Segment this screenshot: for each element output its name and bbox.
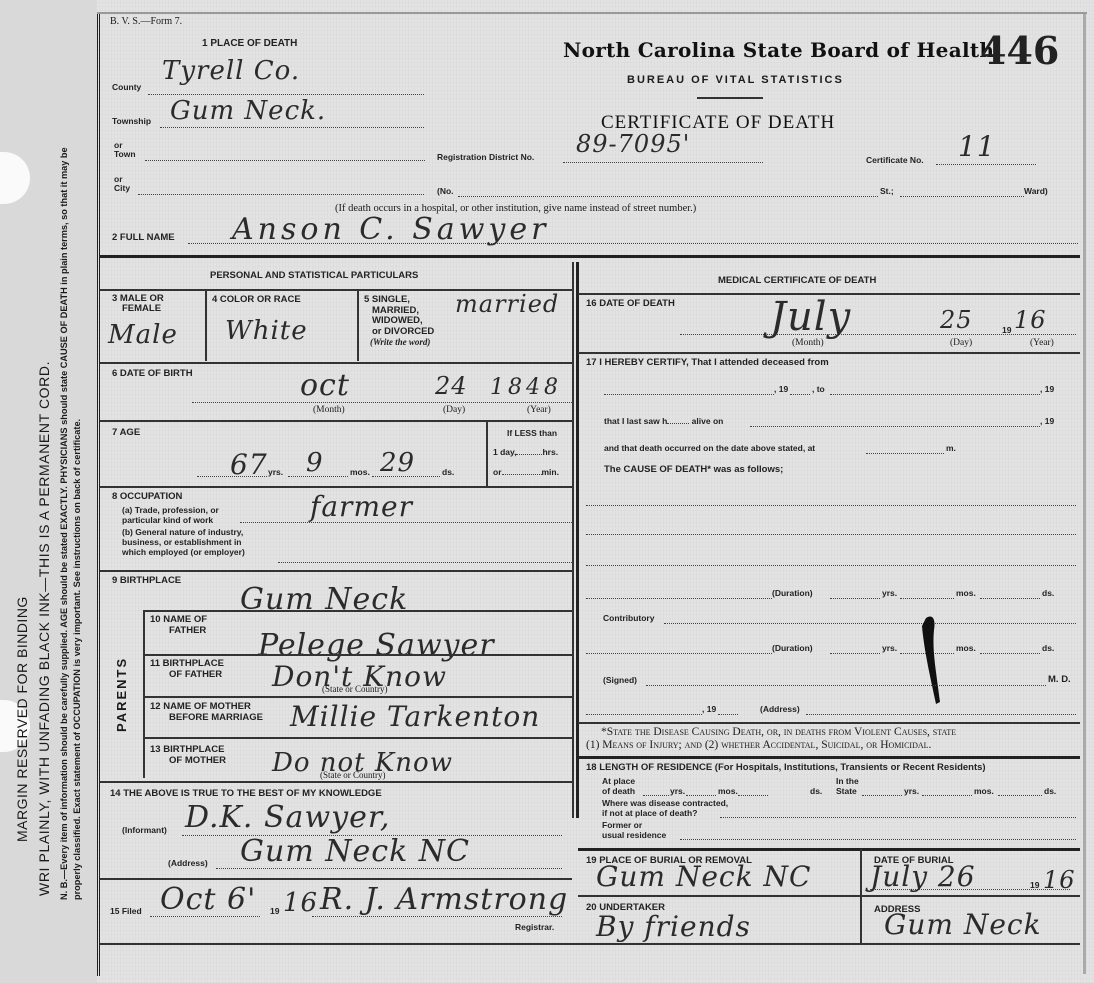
duration-label: (Duration) [772, 643, 813, 653]
informant-label: (Informant) [122, 825, 167, 835]
township-value: Gum Neck. [170, 96, 326, 126]
contributory-line [664, 623, 1076, 624]
marital-label-1: 5 SINGLE, [364, 295, 434, 306]
dod-year-prefix: 19 [1002, 325, 1011, 335]
state-mos-line [922, 795, 972, 796]
row-divider [100, 943, 580, 945]
age-label: 7 AGE [112, 427, 140, 438]
death-time-line [866, 453, 944, 454]
death-occurred-label: and that death occurred on the date abov… [604, 443, 815, 453]
yrs-label: yrs. [268, 467, 283, 477]
marital-label-5: (Write the word) [364, 337, 434, 348]
section-divider [578, 756, 1080, 759]
dob-day: 24 [435, 372, 468, 400]
day-caption: (Day) [443, 405, 465, 415]
father-bp-label-1: 11 BIRTHPLACE [150, 658, 224, 669]
cell-divider [357, 289, 359, 361]
or-text: or [493, 467, 502, 477]
father-name-value: Pelege Sawyer [258, 628, 495, 663]
row-divider [100, 486, 572, 488]
contributory-label: Contributory [603, 613, 654, 623]
row-divider [100, 878, 572, 880]
place-ds-line [738, 795, 768, 796]
dod-line [680, 334, 1076, 335]
city-text: City [114, 184, 130, 193]
dob-year: 1848 [490, 375, 562, 400]
sig-year-line [718, 714, 738, 715]
residence-label: 18 LENGTH OF RESIDENCE (For Hospitals, I… [586, 762, 986, 773]
to-label: , to [812, 384, 825, 394]
street-label: St.; [880, 186, 894, 196]
address-label: (Address) [168, 858, 208, 868]
dob-month: oct [300, 368, 350, 403]
duration-mos-label: mos. [956, 588, 976, 598]
birthplace-label: 9 BIRTHPLACE [112, 575, 181, 586]
birthplace-value: Gum Neck [240, 582, 408, 617]
certificate-no-label: Certificate No. [866, 155, 924, 165]
medical-section-title: MEDICAL CERTIFICATE OF DEATH [718, 275, 876, 286]
column-divider [572, 262, 574, 818]
contracted-2: if not at place of death? [602, 808, 728, 818]
place-yrs-label: yrs. [670, 786, 685, 796]
filed-label: 15 Filed [110, 906, 142, 916]
race-value: White [225, 316, 308, 346]
or-min-label: ormin. [493, 467, 559, 477]
city-label: or City [114, 175, 130, 193]
alive-on-text: alive on [692, 416, 724, 426]
duration-ds-line [980, 653, 1040, 654]
former-residence-line [680, 839, 1076, 840]
divider [697, 97, 763, 99]
street-line [458, 196, 878, 197]
marital-value: married [455, 290, 559, 318]
duration-yrs-line [830, 598, 880, 599]
month-caption: (Month) [313, 405, 345, 415]
dod-year-caption: (Year) [1030, 338, 1054, 348]
father-birthplace-label: 11 BIRTHPLACE OF FATHER [150, 658, 224, 680]
full-name-label: 2 FULL NAME [112, 232, 175, 243]
sig-date-line [586, 714, 702, 715]
father-bp-label-2: OF FATHER [150, 669, 224, 680]
burial-date-value: July 26 [870, 860, 976, 893]
binding-note: MARGIN RESERVED FOR BINDING [14, 596, 30, 842]
dod-day-caption: (Day) [950, 338, 972, 348]
town-label: or Town [114, 141, 136, 159]
filed-year-prefix: 19 [270, 906, 279, 916]
county-value: Tyrell Co. [162, 56, 300, 86]
personal-section-title: PERSONAL AND STATISTICAL PARTICULARS [210, 270, 418, 281]
reg-district-label: Registration District No. [437, 152, 534, 162]
age-months: 9 [306, 448, 324, 478]
father-name-label-2: FATHER [150, 625, 207, 636]
street-no-label: (No. [437, 186, 454, 196]
burial-year-prefix: 19 [1030, 880, 1039, 890]
row-divider [143, 610, 572, 612]
binding-margin: MARGIN RESERVED FOR BINDING WRI PLAINLY,… [0, 0, 97, 983]
occupation-a-label: (a) Trade, profession, or particular kin… [122, 505, 219, 525]
certificate-no-value: 11 [958, 130, 996, 163]
place-ds-label: ds. [810, 786, 822, 796]
row-divider [578, 895, 1080, 897]
ward-label: Ward) [1024, 186, 1048, 196]
father-name-label-1: 10 NAME OF [150, 614, 207, 625]
footnote-2: (1) Means of Injury; and (2) whether Acc… [586, 739, 931, 751]
to-line [830, 394, 1040, 395]
cell-divider [486, 420, 488, 486]
hrs-text: hrs. [542, 447, 558, 457]
certificate-no-line [936, 164, 1036, 165]
duration-yrs-label: yrs. [882, 588, 897, 598]
city-line [138, 194, 424, 195]
filed-year-value: 16 [283, 888, 318, 918]
sex-label: 3 MALE OR FEMALE [112, 294, 164, 314]
parents-label: PARENTS [114, 657, 129, 732]
dob-line [192, 402, 572, 403]
mother-name-label-2: BEFORE MARRIAGE [150, 712, 263, 723]
full-name-value: Anson C. Sawyer [232, 212, 549, 247]
place-yrs-line [643, 795, 669, 796]
state-yrs-line [862, 795, 902, 796]
nb-note-2: properly classified. Exact statement of … [72, 419, 82, 900]
duration-yrs-line [830, 653, 880, 654]
former-1: Former or [602, 820, 666, 830]
county-line [148, 94, 424, 95]
bureau-title: BUREAU OF VITAL STATISTICS [627, 74, 844, 86]
age-days: 29 [380, 448, 415, 478]
contracted-label: Where was disease contracted, if not at … [602, 798, 728, 818]
row-divider [578, 352, 1080, 354]
cause-line [586, 565, 1076, 566]
duration-ds-label: ds. [1042, 588, 1054, 598]
marital-label-4: or DIVORCED [364, 327, 434, 338]
dod-month-caption: (Month) [792, 338, 824, 348]
duration-line [586, 653, 772, 654]
occ-b-2: business, or establishment in [122, 537, 245, 547]
state-country-caption: (State or Country) [322, 684, 388, 694]
mother-name-value: Millie Tarkenton [290, 700, 540, 733]
informant-statement: 14 THE ABOVE IS TRUE TO THE BEST OF MY K… [110, 788, 382, 799]
min-text: min. [542, 467, 559, 477]
page-edge [1083, 14, 1086, 974]
column-divider [576, 262, 579, 818]
cause-line [586, 534, 1076, 535]
at-place-1: At place [602, 776, 635, 786]
to-year: , 19 [1040, 384, 1054, 394]
occupation-b-line [278, 562, 572, 563]
occ-b-3: which employed (or employer) [122, 547, 245, 557]
occupation-label: 8 OCCUPATION [112, 491, 182, 502]
signed-line [646, 685, 1046, 686]
from-year: , 19 [774, 384, 788, 394]
cell-divider [205, 289, 207, 361]
state-mos-label: mos. [974, 786, 994, 796]
dod-label: 16 DATE OF DEATH [586, 298, 675, 309]
occ-a-2: particular kind of work [122, 515, 219, 525]
county-label: County [112, 82, 141, 92]
place-mos-label: mos. [718, 786, 738, 796]
place-mos-line [686, 795, 716, 796]
occupation-a-value: farmer [310, 490, 413, 523]
certify-label: 17 I HEREBY CERTIFY, That I attended dec… [586, 357, 829, 368]
reg-district-value: 89-7095' [576, 130, 690, 158]
duration-label: (Duration) [772, 588, 813, 598]
last-saw-text: that I last saw h [604, 416, 667, 426]
duration-line [586, 598, 772, 599]
mother-bp-label-2: OF MOTHER [150, 755, 226, 766]
board-title: North Carolina State Board of Health [563, 38, 994, 62]
row-divider [143, 737, 572, 739]
binding-hole [0, 152, 30, 204]
mother-name-label: 12 NAME OF MOTHER BEFORE MARRIAGE [150, 701, 263, 723]
at-place-label: At place of death [602, 776, 635, 796]
row-divider [143, 696, 572, 698]
dod-day: 25 [940, 306, 973, 334]
cause-label: The CAUSE OF DEATH* was as follows; [604, 464, 783, 475]
contracted-1: Where was disease contracted, [602, 798, 728, 808]
marital-label: 5 SINGLE, MARRIED, WIDOWED, or DIVORCED … [364, 295, 434, 348]
dob-label: 6 DATE OF BIRTH [112, 368, 193, 379]
mother-name-label-1: 12 NAME OF MOTHER [150, 701, 263, 712]
row-divider [100, 362, 572, 364]
duration-yrs-label: yrs. [882, 643, 897, 653]
row-divider [143, 654, 572, 656]
state-country-caption: (State or Country) [320, 770, 386, 780]
section-divider [100, 255, 1080, 258]
town-text: Town [114, 150, 136, 159]
place-of-death-label: 1 PLACE OF DEATH [202, 38, 297, 49]
former-2: usual residence [602, 830, 666, 840]
mother-bp-label-1: 13 BIRTHPLACE [150, 744, 226, 755]
section-divider [578, 848, 1080, 851]
nb-note-1: N. B.—Every item of information should b… [59, 147, 69, 900]
death-certificate-scan: MARGIN RESERVED FOR BINDING WRI PLAINLY,… [0, 0, 1094, 983]
sig-address-label: (Address) [760, 704, 800, 714]
less-than-label: If LESS than [507, 428, 557, 438]
dod-month: July [770, 294, 851, 340]
township-line [160, 127, 424, 128]
ds-label: ds. [442, 467, 454, 477]
former-residence-label: Former or usual residence [602, 820, 666, 840]
registrar-signature: R. J. Armstrong [320, 882, 568, 917]
one-day-label: 1 day,hrs. [493, 447, 558, 457]
father-name-label: 10 NAME OF FATHER [150, 614, 207, 636]
ward-line [900, 196, 1024, 197]
pen-stroke-mark [912, 610, 952, 710]
reg-district-line [563, 162, 763, 163]
year-caption: (Year) [527, 405, 551, 415]
row-divider [578, 943, 1080, 945]
state-ds-label: ds. [1044, 786, 1056, 796]
sig-address-line [806, 714, 1076, 715]
from-year-line [790, 394, 810, 395]
contracted-line [720, 817, 1076, 818]
mos-label: mos. [350, 467, 370, 477]
informant-value: D.K. Sawyer, [185, 800, 390, 835]
cause-line [586, 505, 1076, 506]
town-line [145, 160, 425, 161]
in-state-1: In the [836, 776, 859, 786]
state-ds-line [998, 795, 1042, 796]
in-state-label: In the State [836, 776, 859, 796]
township-label: Township [112, 116, 151, 126]
row-divider [100, 781, 572, 783]
marital-label-3: WIDOWED, [364, 316, 434, 327]
burial-place-value: Gum Neck NC [596, 860, 811, 893]
form-id: B. V. S.—Form 7. [110, 16, 182, 27]
duration-mos-label: mos. [956, 643, 976, 653]
in-state-2: State [836, 786, 859, 796]
alive-on-line [750, 426, 1040, 427]
duration-mos-line [900, 598, 954, 599]
sex-value: Male [108, 320, 178, 350]
row-divider [100, 570, 572, 572]
undertaker-address-value: Gum Neck [884, 908, 1042, 941]
row-divider [100, 420, 572, 422]
parents-divider [143, 610, 145, 778]
one-day-text: 1 day, [493, 447, 516, 457]
sig-year-prefix: , 19 [702, 704, 716, 714]
race-label: 4 COLOR OR RACE [212, 294, 301, 305]
age-years: 67 [230, 448, 268, 481]
page-number: 446 [980, 28, 1059, 73]
registrar-label: Registrar. [515, 922, 554, 932]
from-line [604, 394, 774, 395]
last-saw-label: that I last saw h alive on [604, 416, 723, 426]
alive-year: , 19 [1040, 416, 1054, 426]
occ-a-1: (a) Trade, profession, or [122, 505, 219, 515]
occ-b-1: (b) General nature of industry, [122, 527, 245, 537]
md-label: M. D. [1048, 674, 1071, 685]
burial-year: 16 [1043, 866, 1076, 894]
mother-birthplace-label: 13 BIRTHPLACE OF MOTHER [150, 744, 226, 766]
signed-label: (Signed) [603, 675, 637, 685]
dod-year: 16 [1014, 306, 1047, 334]
state-yrs-label: yrs. [904, 786, 919, 796]
occupation-b-label: (b) General nature of industry, business… [122, 527, 245, 557]
address-value: Gum Neck NC [240, 834, 470, 869]
duration-ds-line [980, 598, 1040, 599]
m-label: m. [946, 443, 956, 453]
filed-date-value: Oct 6' [160, 882, 256, 917]
sex-label-2: FEMALE [112, 304, 164, 314]
duration-ds-label: ds. [1042, 643, 1054, 653]
row-divider [578, 722, 1080, 724]
footnote-1: *State the Disease Causing Death, or, in… [601, 726, 956, 738]
at-place-2: of death [602, 786, 635, 796]
ink-note: WRI PLAINLY, WITH UNFADING BLACK INK—THI… [36, 361, 52, 896]
undertaker-value: By friends [596, 910, 751, 943]
